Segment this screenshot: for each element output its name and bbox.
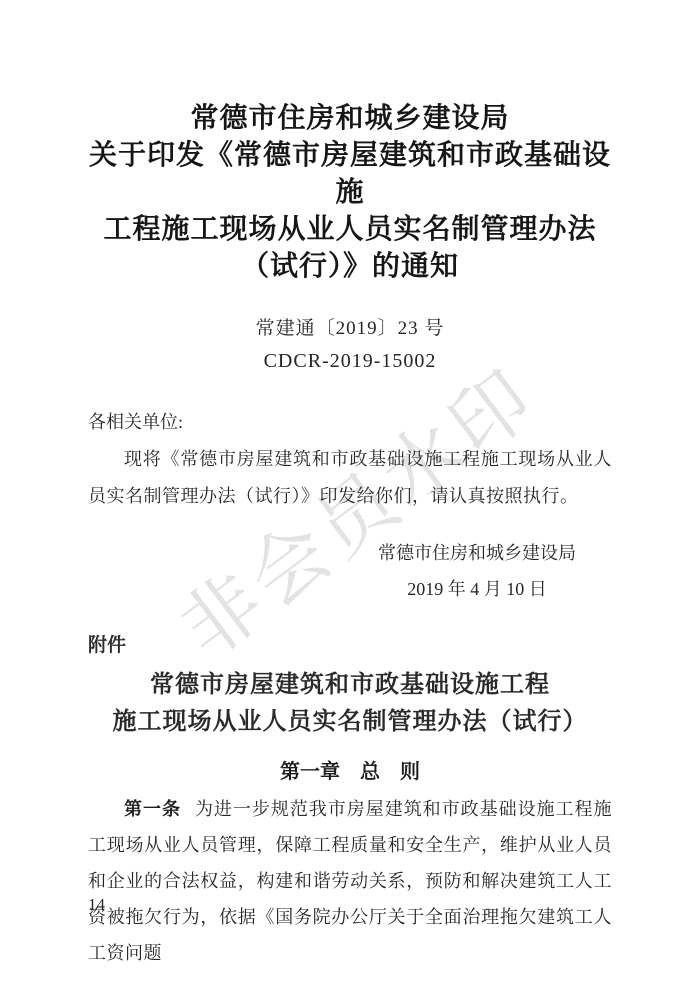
signature-block: 常德市住房和城乡建设局 2019 年 4 月 10 日 <box>88 535 612 607</box>
article-1-label: 第一条 <box>124 799 181 819</box>
signature-inner: 常德市住房和城乡建设局 2019 年 4 月 10 日 <box>378 535 576 607</box>
chapter-heading: 第一章 总 则 <box>88 754 612 791</box>
page-number: 14 <box>88 895 105 915</box>
signature-date: 2019 年 4 月 10 日 <box>378 571 576 607</box>
attachment-title-line-1: 常德市房屋建筑和市政基础设施工程 <box>88 666 612 703</box>
notice-body-paragraph: 现将《常德市房屋建筑和市政基础设施工程施工现场从业人员实名制管理办法（试行）》印… <box>88 441 612 515</box>
ref-code: CDCR-2019-15002 <box>88 349 612 373</box>
signer-name: 常德市住房和城乡建设局 <box>378 535 576 571</box>
article-1-text: 为进一步规范我市房屋建筑和市政基础设施工程施工现场从业人员管理，保障工程质量和安… <box>88 799 612 963</box>
notice-title-line-2: 关于印发《常德市房屋建筑和市政基础设施 <box>88 137 612 211</box>
attachment-title-line-2: 施工现场从业人员实名制管理办法（试行） <box>88 703 612 740</box>
document-page: 非会员水印 常德市住房和城乡建设局 关于印发《常德市房屋建筑和市政基础设施 工程… <box>0 0 700 990</box>
notice-title-line-1: 常德市住房和城乡建设局 <box>88 100 612 137</box>
article-1-paragraph: 第一条为进一步规范我市房屋建筑和市政基础设施工程施工现场从业人员管理，保障工程质… <box>88 791 612 971</box>
notice-title: 常德市住房和城乡建设局 关于印发《常德市房屋建筑和市政基础设施 工程施工现场从业… <box>88 100 612 285</box>
doc-number: 常建通〔2019〕23 号 <box>88 317 612 341</box>
salutation: 各相关单位: <box>88 404 612 441</box>
notice-title-line-4: （试行）》的通知 <box>88 248 612 285</box>
document-content: 常德市住房和城乡建设局 关于印发《常德市房屋建筑和市政基础设施 工程施工现场从业… <box>0 0 700 971</box>
notice-title-line-3: 工程施工现场从业人员实名制管理办法 <box>88 211 612 248</box>
attachment-title: 常德市房屋建筑和市政基础设施工程 施工现场从业人员实名制管理办法（试行） <box>88 666 612 740</box>
attachment-label: 附件 <box>88 628 612 664</box>
